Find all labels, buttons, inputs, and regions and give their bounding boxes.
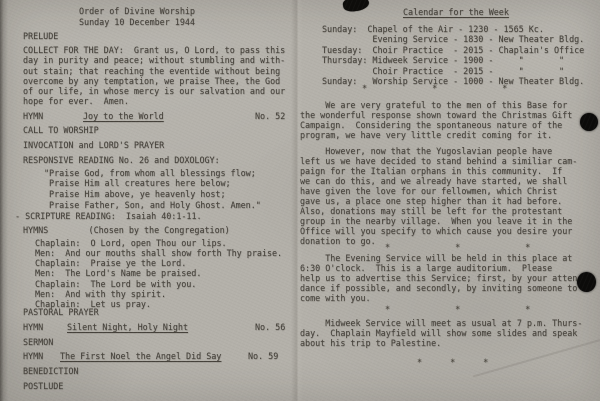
hymn-title: The First Noel the Angel Did Say [60,351,221,361]
order-of-worship-title: Order of Divine Worship [79,6,195,16]
asterisk-separator: * * * [417,357,488,367]
order-of-worship-date: Sunday 10 December 1944 [79,17,195,27]
hymn-label: HYMN [23,351,43,361]
collect-paragraph: COLLECT FOR THE DAY: Grant us, O Lord, t… [23,45,285,107]
announcement-paragraph-3: The Evening Service will be held in this… [300,253,582,303]
hymn-number: No. 59 [248,351,278,361]
hole-punch-top [580,113,598,131]
announcement-paragraph-2: However, now that the Yugoslavian people… [300,146,577,246]
section-pastoral-prayer: PASTORAL PRAYER [23,307,99,317]
scripture-reading-line: - SCRIPTURE READING: Isaiah 40:1-11. [15,211,202,221]
section-prelude: PRELUDE [23,31,58,41]
hymn-row-2: HYMN Silent Night, Holy Night No. 56 [23,322,293,334]
ink-blot [342,0,370,13]
asterisk-separator: * * * [385,304,530,314]
hymn-number: No. 52 [255,111,285,121]
versicles-text: Chaplain: O Lord, open Thou our lips. Me… [35,238,282,310]
announcement-paragraph-1: We are very grateful to the men of this … [300,100,572,140]
section-call-to-worship: CALL TO WORSHIP [23,125,99,135]
responsive-reading-heading: RESPONSIVE READING No. 26 and DOXOLOGY: [23,155,220,165]
calendar-title: Calendar for the Week [403,7,509,17]
hymn-label: HYMN [23,111,43,121]
hymn-number: No. 56 [255,322,285,332]
asterisk-separator: * * * [385,242,530,252]
section-invocation: INVOCATION and LORD'S PRAYER [23,140,164,150]
section-postlude: POSTLUDE [23,381,63,391]
hole-punch-bottom [577,272,596,292]
hymns-heading: HYMNS (Chosen by the Congregation) [23,225,230,235]
hymn-row-3: HYMN The First Noel the Angel Did Say No… [23,351,293,363]
section-benediction: BENEDICTION [23,366,78,376]
doxology-text: "Praise God, from whom all blessings flo… [44,168,261,212]
calendar-schedule: Sunday: Chapel of the Air - 1230 - 1565 … [322,24,584,87]
announcement-paragraph-4: Midweek Service will meet as usual at 7 … [300,318,582,348]
section-sermon: SERMON [23,337,53,347]
hymn-label: HYMN [23,322,43,332]
asterisk-separator: * * * [362,83,507,93]
hymn-row-1: HYMN Joy to the World No. 52 [23,111,293,123]
scanned-church-bulletin: Order of Divine Worship Sunday 10 Decemb… [0,0,600,401]
hymn-title: Joy to the World [83,111,164,121]
hymn-title: Silent Night, Holy Night [67,322,188,332]
left-edge-shadow [0,0,8,401]
